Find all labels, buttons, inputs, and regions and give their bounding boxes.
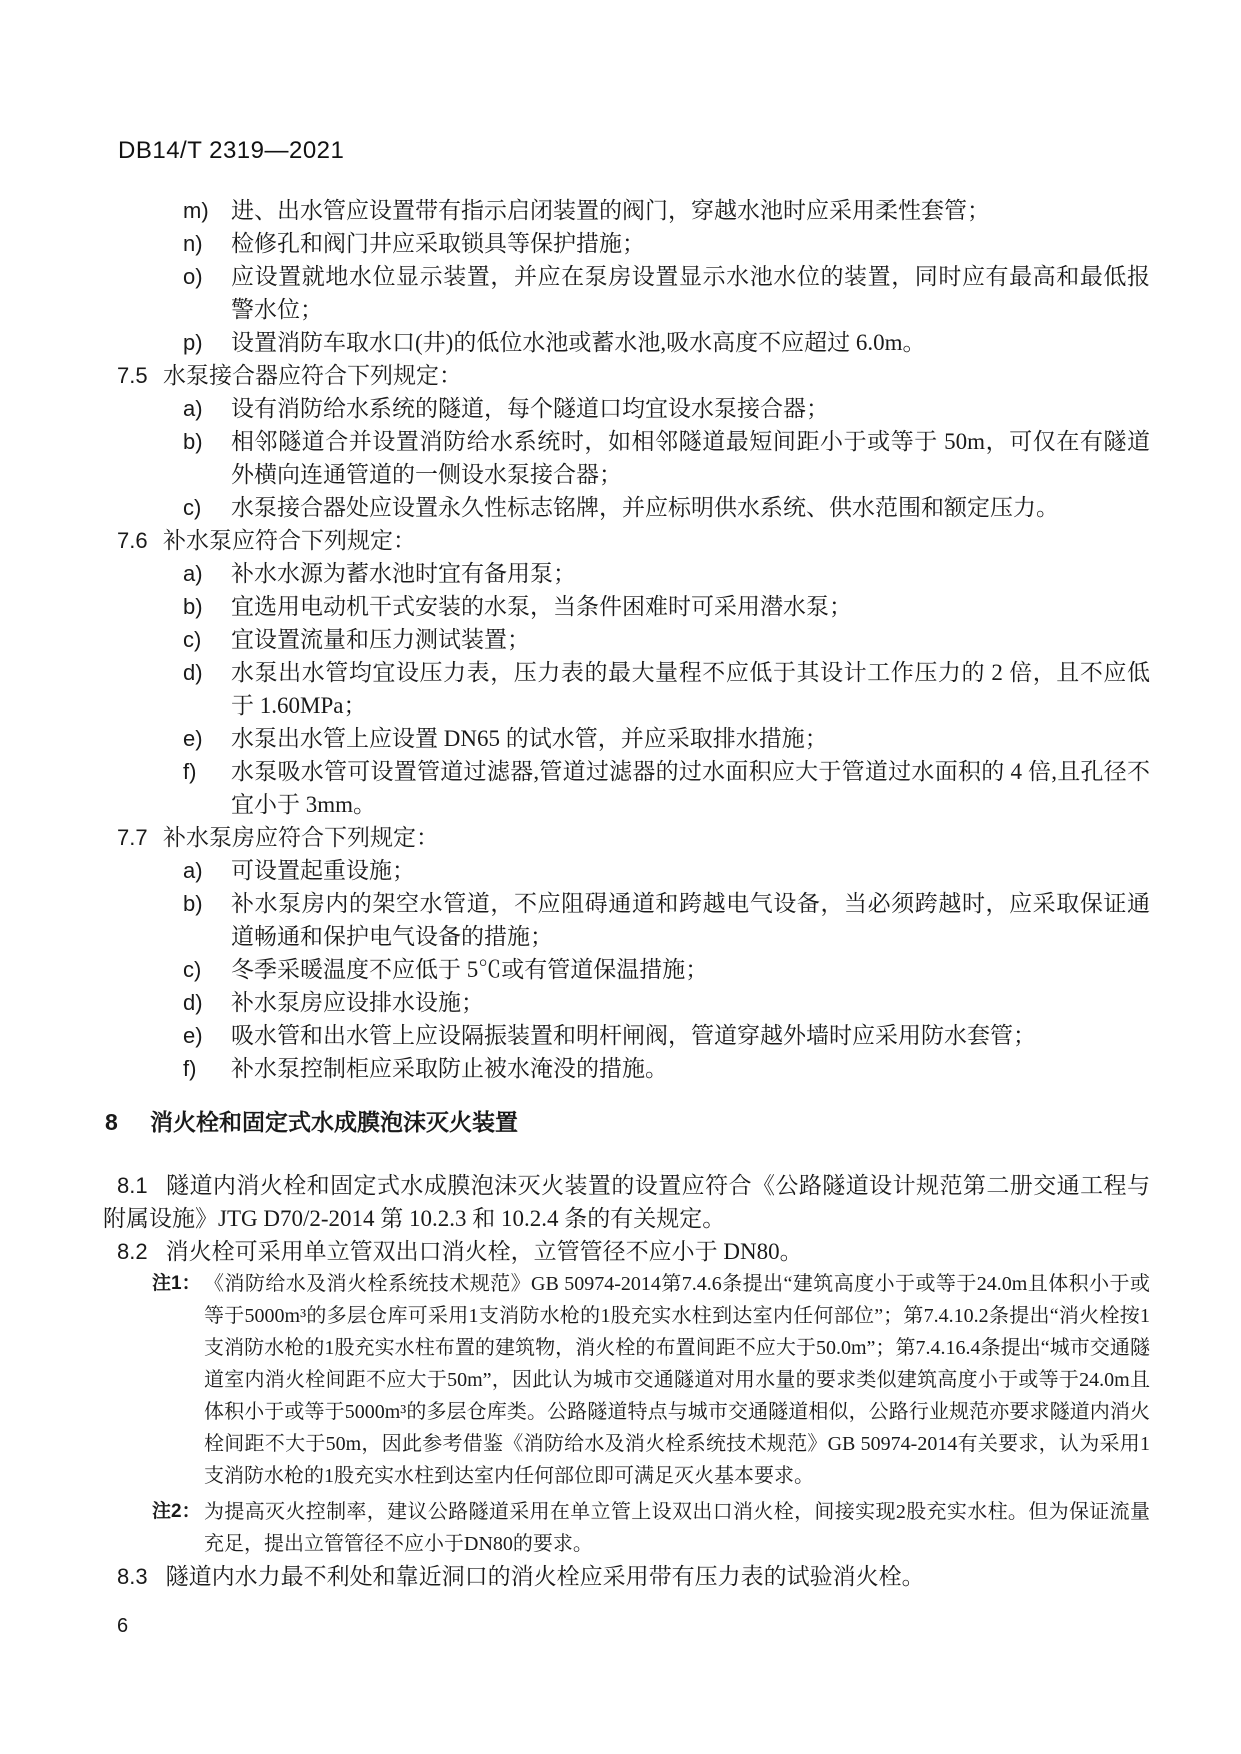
list-item-text: 水泵出水管上应设置 DN65 的试水管，并应采取排水措施； bbox=[231, 722, 1150, 755]
chapter-number: 8 bbox=[105, 1106, 150, 1139]
list-item-text: 补水泵房应设排水设施； bbox=[231, 986, 1150, 1019]
list-item-label: c) bbox=[183, 953, 231, 986]
list-item: p) 设置消防车取水口(井)的低位水池或蓄水池,吸水高度不应超过 6.0m。 bbox=[103, 326, 1150, 359]
clause-8-1: 8.1隧道内消火栓和固定式水成膜泡沫灭火装置的设置应符合《公路隧道设计规范第二册… bbox=[103, 1169, 1150, 1235]
list-item-text: 相邻隧道合并设置消防给水系统时，如相邻隧道最短间距小于或等于 50m，可仅在有隧… bbox=[231, 425, 1150, 491]
list-item-text: 补水泵控制柜应采取防止被水淹没的措施。 bbox=[231, 1052, 1150, 1085]
list-item-label: a) bbox=[183, 392, 231, 425]
list-item-label: f) bbox=[183, 755, 231, 821]
list-item: b) 补水泵房内的架空水管道，不应阻碍通道和跨越电气设备，当必须跨越时，应采取保… bbox=[103, 887, 1150, 953]
section-title: 补水泵房应符合下列规定： bbox=[163, 821, 1150, 854]
list-item: c) 宜设置流量和压力测试装置； bbox=[103, 623, 1150, 656]
list-item-label: b) bbox=[183, 590, 231, 623]
note-text: 《消防给水及消火栓系统技术规范》GB 50974-2014第7.4.6条提出“建… bbox=[204, 1268, 1150, 1492]
list-item-text: 宜选用电动机干式安装的水泵，当条件困难时可采用潜水泵； bbox=[231, 590, 1150, 623]
list-item: f) 水泵吸水管可设置管道过滤器,管道过滤器的过水面积应大于管道过水面积的 4 … bbox=[103, 755, 1150, 821]
list-item-text: 水泵出水管均宜设压力表，压力表的最大量程不应低于其设计工作压力的 2 倍，且不应… bbox=[231, 656, 1150, 722]
list-item: c) 冬季采暖温度不应低于 5℃或有管道保温措施； bbox=[103, 953, 1150, 986]
chapter-heading: 8 消火栓和固定式水成膜泡沫灭火装置 bbox=[105, 1106, 1150, 1139]
clause-number: 8.2 bbox=[117, 1239, 166, 1264]
list-item: d) 补水泵房应设排水设施； bbox=[103, 986, 1150, 1019]
list-item-label: d) bbox=[183, 986, 231, 1019]
note-2: 注2： 为提高灭火控制率，建议公路隧道采用在单立管上设双出口消火栓，间接实现2股… bbox=[103, 1496, 1150, 1560]
note-1: 注1： 《消防给水及消火栓系统技术规范》GB 50974-2014第7.4.6条… bbox=[103, 1268, 1150, 1492]
list-item: c) 水泵接合器处应设置永久性标志铭牌，并应标明供水系统、供水范围和额定压力。 bbox=[103, 491, 1150, 524]
section-number: 7.7 bbox=[117, 821, 163, 854]
list-item: b) 相邻隧道合并设置消防给水系统时，如相邻隧道最短间距小于或等于 50m，可仅… bbox=[103, 425, 1150, 491]
list-item-label: f) bbox=[183, 1052, 231, 1085]
clause-number: 8.3 bbox=[117, 1564, 166, 1589]
list-item-text: 进、出水管应设置带有指示启闭装置的阀门，穿越水池时应采用柔性套管； bbox=[231, 194, 1150, 227]
list-item-text: 补水泵房内的架空水管道，不应阻碍通道和跨越电气设备，当必须跨越时，应采取保证通道… bbox=[231, 887, 1150, 953]
list-item-label: p) bbox=[183, 326, 231, 359]
list-item-text: 检修孔和阀门井应采取锁具等保护措施； bbox=[231, 227, 1150, 260]
list-item-label: n) bbox=[183, 227, 231, 260]
clause-text: 隧道内水力最不利处和靠近洞口的消火栓应采用带有压力表的试验消火栓。 bbox=[166, 1564, 925, 1589]
list-item-text: 设有消防给水系统的隧道，每个隧道口均宜设水泵接合器； bbox=[231, 392, 1150, 425]
section-7-5: 7.5 水泵接合器应符合下列规定： bbox=[103, 359, 1150, 392]
list-item-text: 可设置起重设施； bbox=[231, 854, 1150, 887]
list-item: f) 补水泵控制柜应采取防止被水淹没的措施。 bbox=[103, 1052, 1150, 1085]
list-item-label: e) bbox=[183, 722, 231, 755]
list-item-text: 冬季采暖温度不应低于 5℃或有管道保温措施； bbox=[231, 953, 1150, 986]
clause-text: 隧道内消火栓和固定式水成膜泡沫灭火装置的设置应符合《公路隧道设计规范第二册交通工… bbox=[103, 1173, 1150, 1231]
list-item-text: 宜设置流量和压力测试装置； bbox=[231, 623, 1150, 656]
note-label: 注2： bbox=[152, 1496, 204, 1560]
list-item-label: a) bbox=[183, 854, 231, 887]
list-item-label: d) bbox=[183, 656, 231, 722]
section-7-6: 7.6 补水泵应符合下列规定： bbox=[103, 524, 1150, 557]
list-item: a) 设有消防给水系统的隧道，每个隧道口均宜设水泵接合器； bbox=[103, 392, 1150, 425]
section-7-7: 7.7 补水泵房应符合下列规定： bbox=[103, 821, 1150, 854]
list-item-text: 水泵吸水管可设置管道过滤器,管道过滤器的过水面积应大于管道过水面积的 4 倍,且… bbox=[231, 755, 1150, 821]
list-item-text: 设置消防车取水口(井)的低位水池或蓄水池,吸水高度不应超过 6.0m。 bbox=[231, 326, 1150, 359]
chapter-title: 消火栓和固定式水成膜泡沫灭火装置 bbox=[150, 1106, 518, 1139]
clause-8-2: 8.2消火栓可采用单立管双出口消火栓，立管管径不应小于 DN80。 bbox=[103, 1235, 1150, 1268]
list-item-label: m) bbox=[183, 194, 231, 227]
clause-8-3: 8.3隧道内水力最不利处和靠近洞口的消火栓应采用带有压力表的试验消火栓。 bbox=[103, 1560, 1150, 1593]
list-item-text: 应设置就地水位显示装置，并应在泵房设置显示水池水位的装置，同时应有最高和最低报警… bbox=[231, 260, 1150, 326]
list-item: e) 吸水管和出水管上应设隔振装置和明杆闸阀，管道穿越外墙时应采用防水套管； bbox=[103, 1019, 1150, 1052]
list-item-label: b) bbox=[183, 887, 231, 953]
list-item: a) 补水水源为蓄水池时宜有备用泵； bbox=[103, 557, 1150, 590]
doc-code: DB14/T 2319—2021 bbox=[118, 138, 1150, 164]
list-item-label: e) bbox=[183, 1019, 231, 1052]
section-number: 7.6 bbox=[117, 524, 163, 557]
section-title: 补水泵应符合下列规定： bbox=[163, 524, 1150, 557]
note-text: 为提高灭火控制率，建议公路隧道采用在单立管上设双出口消火栓，间接实现2股充实水柱… bbox=[204, 1496, 1150, 1560]
document-body: m) 进、出水管应设置带有指示启闭装置的阀门，穿越水池时应采用柔性套管； n) … bbox=[103, 194, 1150, 1643]
list-item-text: 吸水管和出水管上应设隔振装置和明杆闸阀，管道穿越外墙时应采用防水套管； bbox=[231, 1019, 1150, 1052]
list-item-label: b) bbox=[183, 425, 231, 491]
list-item-label: c) bbox=[183, 623, 231, 656]
document-page: DB14/T 2319—2021 m) 进、出水管应设置带有指示启闭装置的阀门，… bbox=[0, 0, 1241, 1754]
list-item: e) 水泵出水管上应设置 DN65 的试水管，并应采取排水措施； bbox=[103, 722, 1150, 755]
section-number: 7.5 bbox=[117, 359, 163, 392]
list-item: m) 进、出水管应设置带有指示启闭装置的阀门，穿越水池时应采用柔性套管； bbox=[103, 194, 1150, 227]
page-number: 6 bbox=[117, 1610, 1150, 1643]
clause-text: 消火栓可采用单立管双出口消火栓，立管管径不应小于 DN80。 bbox=[166, 1239, 803, 1264]
list-item-label: o) bbox=[183, 260, 231, 326]
list-item-text: 水泵接合器处应设置永久性标志铭牌，并应标明供水系统、供水范围和额定压力。 bbox=[231, 491, 1150, 524]
section-title: 水泵接合器应符合下列规定： bbox=[163, 359, 1150, 392]
list-item-label: a) bbox=[183, 557, 231, 590]
list-item: o) 应设置就地水位显示装置，并应在泵房设置显示水池水位的装置，同时应有最高和最… bbox=[103, 260, 1150, 326]
list-item-text: 补水水源为蓄水池时宜有备用泵； bbox=[231, 557, 1150, 590]
list-item: a) 可设置起重设施； bbox=[103, 854, 1150, 887]
note-label: 注1： bbox=[152, 1268, 204, 1492]
list-item: n) 检修孔和阀门井应采取锁具等保护措施； bbox=[103, 227, 1150, 260]
list-item: b) 宜选用电动机干式安装的水泵，当条件困难时可采用潜水泵； bbox=[103, 590, 1150, 623]
list-item-label: c) bbox=[183, 491, 231, 524]
clause-number: 8.1 bbox=[117, 1173, 166, 1198]
list-item: d) 水泵出水管均宜设压力表，压力表的最大量程不应低于其设计工作压力的 2 倍，… bbox=[103, 656, 1150, 722]
